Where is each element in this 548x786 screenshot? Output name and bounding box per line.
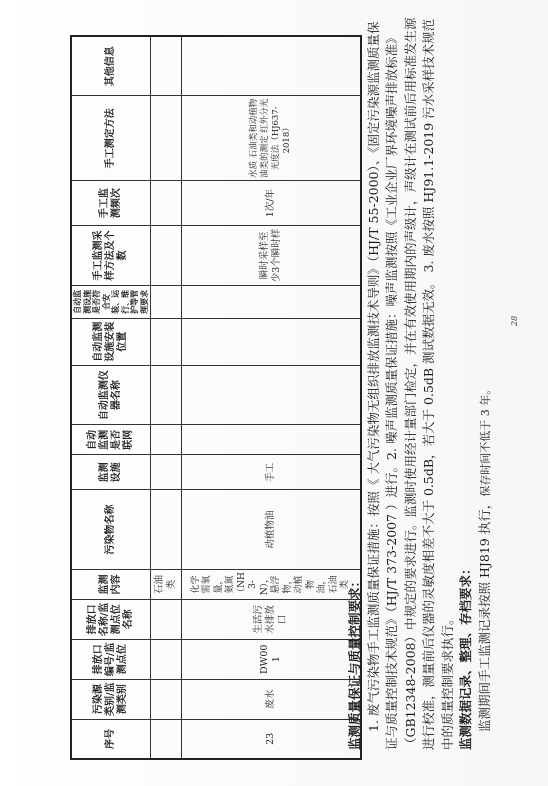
page-number: 28	[510, 316, 519, 326]
header-cell: 污染源类别/监测类别	[71, 679, 151, 719]
header-cell: 手工监测采样方法及个数	[71, 226, 151, 286]
table-cell	[151, 96, 182, 181]
table-cell	[151, 365, 182, 425]
table-cell: 石油类	[151, 569, 182, 599]
table-cell	[151, 455, 182, 490]
table-cell: 化学需氧量，氨氮（NH3-N），悬浮物，动植物油，石油类	[182, 569, 362, 599]
header-cell: 排放口编号/监测点位	[71, 639, 151, 679]
table-cell	[182, 285, 362, 318]
table-cell: 水质 石油类和动植物油类的测定 红外分光光度法（HJ637-2018）	[182, 96, 362, 181]
header-cell: 监测设施	[71, 455, 151, 490]
table-cell: DW001	[182, 639, 362, 679]
header-cell: 手工测定方法	[71, 96, 151, 181]
table-cell: 1次/年	[182, 181, 362, 226]
table-cell	[151, 599, 182, 639]
table-cell: 废水	[182, 679, 362, 719]
header-cell: 自动监测设施是否符合安装、运行、维护等管理要求	[71, 285, 151, 318]
header-cell: 监测内容	[71, 569, 151, 599]
table-cell	[151, 425, 182, 455]
qa-requirements-section: 监测质量保证与质量控制要求： 1. 废气污染物手工监测质量保证措施：按照《 大气…	[346, 15, 495, 750]
table-cell: 23	[182, 719, 362, 759]
table-cell	[182, 425, 362, 455]
table-cell	[151, 490, 182, 570]
header-cell: 排放口名称/监测点位名称	[71, 599, 151, 639]
table-header-row: 序号 污染源类别/监测类别 排放口编号/监测点位 排放口名称/监测点位名称 监测…	[71, 36, 151, 759]
table-cell	[182, 36, 362, 96]
table-cell	[182, 365, 362, 425]
header-cell: 自动监测仪器名称	[71, 365, 151, 425]
header-cell: 手工监测频次	[71, 181, 151, 226]
table-cell: 手工	[182, 455, 362, 490]
archive-paragraph: 监测期间手工监测记录按照 HJ819 执行，保存时间不低于 3 年。	[476, 15, 496, 750]
table-cell	[182, 318, 362, 365]
header-cell: 其他信息	[71, 36, 151, 96]
monitoring-table: 序号 污染源类别/监测类别 排放口编号/监测点位 排放口名称/监测点位名称 监测…	[70, 35, 362, 760]
table-cell: 动植物油	[182, 490, 362, 570]
header-cell: 自动监测是否联网	[71, 425, 151, 455]
table-cell	[151, 181, 182, 226]
header-cell: 序号	[71, 719, 151, 759]
table-cell	[151, 318, 182, 365]
header-cell: 自动监测设施安装位置	[71, 318, 151, 365]
archive-text-a: 监测期间手工监测记录按照 HJ819 执行，	[477, 497, 492, 732]
table-cell	[151, 719, 182, 759]
table-cell	[151, 226, 182, 286]
archive-text-b: 保存时间不低于 3 年。	[479, 384, 492, 497]
table-row: 23 废水 DW001 生活污水排放口 化学需氧量，氨氮（NH3-N），悬浮物，…	[182, 36, 362, 759]
table-cell	[151, 679, 182, 719]
qa-paragraph: 1. 废气污染物手工监测质量保证措施：按照《 大气污染物无组织排放监测技术导则》…	[365, 15, 458, 750]
table-cell: 瞬时采样至少3个瞬时样	[182, 226, 362, 286]
table-cell	[151, 285, 182, 318]
table-cell	[151, 639, 182, 679]
table-cell: 生活污水排放口	[182, 599, 362, 639]
scanned-page: 序号 污染源类别/监测类别 排放口编号/监测点位 排放口名称/监测点位名称 监测…	[0, 0, 548, 786]
table-cell	[151, 36, 182, 96]
header-cell: 污染物名称	[71, 490, 151, 570]
archive-heading: 监测数据记录、整理、存档要求：	[457, 15, 476, 750]
table-row: 石油类	[151, 36, 182, 759]
qa-heading: 监测质量保证与质量控制要求：	[346, 15, 365, 750]
